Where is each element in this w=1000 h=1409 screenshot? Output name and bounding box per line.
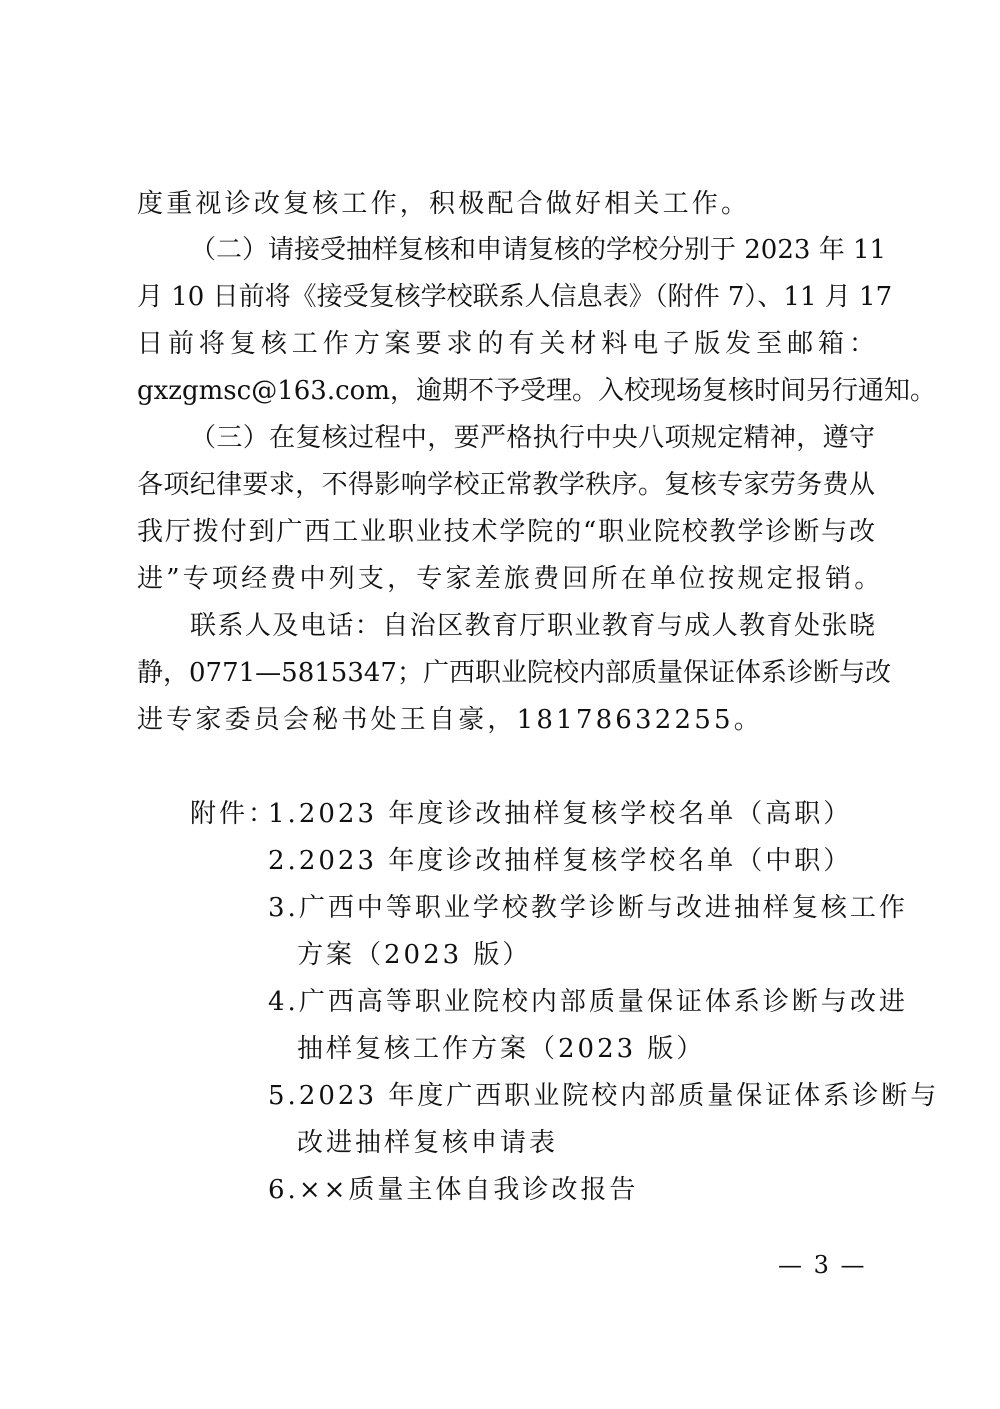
attachment-number: 2. — [268, 846, 299, 876]
attachment-item: 1.2023 年度诊改抽样复核学校名单（高职） — [268, 791, 868, 837]
paragraph-line: （二）请接受抽样复核和申请复核的学校分别于 2023 年 11 — [190, 227, 875, 273]
attachment-title: 广西高等职业院校内部质量保证体系诊断与改进 — [299, 987, 908, 1017]
paragraph-line: 度重视诊改复核工作，积极配合做好相关工作。 — [137, 181, 875, 227]
paragraph-line: 月 10 日前将《接受复核学校联系人信息表》（附件 7）、11 月 17 — [137, 274, 875, 320]
paragraph-line: 进”专项经费中列支，专家差旅费回所在单位按规定报销。 — [137, 556, 875, 602]
attachments-label: 附件： — [190, 791, 277, 837]
contact-line: 进专家委员会秘书处王自豪，18178632255。 — [137, 697, 875, 743]
contact-line: 静，0771—5815347；广西职业院校内部质量保证体系诊断与改 — [137, 650, 875, 696]
attachment-title: 广西中等职业学校教学诊断与改进抽样复核工作 — [299, 893, 908, 923]
attachment-number: 1. — [268, 799, 299, 829]
email-line: gxzgmsc@163.com，逾期不予受理。入校现场复核时间另行通知。 — [137, 368, 875, 414]
attachment-title: 2023 年度诊改抽样复核学校名单（高职） — [299, 799, 852, 829]
attachment-title-continued: 方案（2023 版） — [297, 932, 897, 978]
attachment-number: 6. — [268, 1175, 299, 1205]
paragraph-line: 日前将复核工作方案要求的有关材料电子版发至邮箱： — [137, 321, 875, 367]
attachment-number: 5. — [268, 1081, 299, 1111]
paragraph-line: （三）在复核过程中，要严格执行中央八项规定精神，遵守 — [190, 415, 875, 461]
attachment-number: 3. — [268, 893, 299, 923]
attachment-title-continued: 抽样复核工作方案（2023 版） — [297, 1026, 897, 1072]
attachment-number: 4. — [268, 987, 299, 1017]
paragraph-line: 各项纪律要求，不得影响学校正常教学秩序。复核专家劳务费从 — [137, 462, 875, 508]
attachment-title: ××质量主体自我诊改报告 — [299, 1175, 639, 1205]
attachment-item: 4.广西高等职业院校内部质量保证体系诊断与改进 — [268, 979, 868, 1025]
document-page: 度重视诊改复核工作，积极配合做好相关工作。 （二）请接受抽样复核和申请复核的学校… — [0, 0, 1000, 1409]
attachment-item: 6.××质量主体自我诊改报告 — [268, 1167, 868, 1213]
page-number: — 3 — — [778, 1248, 867, 1282]
contact-line: 联系人及电话：自治区教育厅职业教育与成人教育处张晓 — [190, 603, 875, 649]
attachment-title: 2023 年度广西职业院校内部质量保证体系诊断与 — [299, 1081, 939, 1111]
paragraph-line: 我厅拨付到广西工业职业技术学院的“职业院校教学诊断与改 — [137, 509, 875, 555]
attachment-title-continued: 改进抽样复核申请表 — [297, 1120, 897, 1166]
attachment-item: 2.2023 年度诊改抽样复核学校名单（中职） — [268, 838, 868, 884]
attachment-title: 2023 年度诊改抽样复核学校名单（中职） — [299, 846, 852, 876]
attachment-item: 3.广西中等职业学校教学诊断与改进抽样复核工作 — [268, 885, 868, 931]
attachment-item: 5.2023 年度广西职业院校内部质量保证体系诊断与 — [268, 1073, 868, 1119]
